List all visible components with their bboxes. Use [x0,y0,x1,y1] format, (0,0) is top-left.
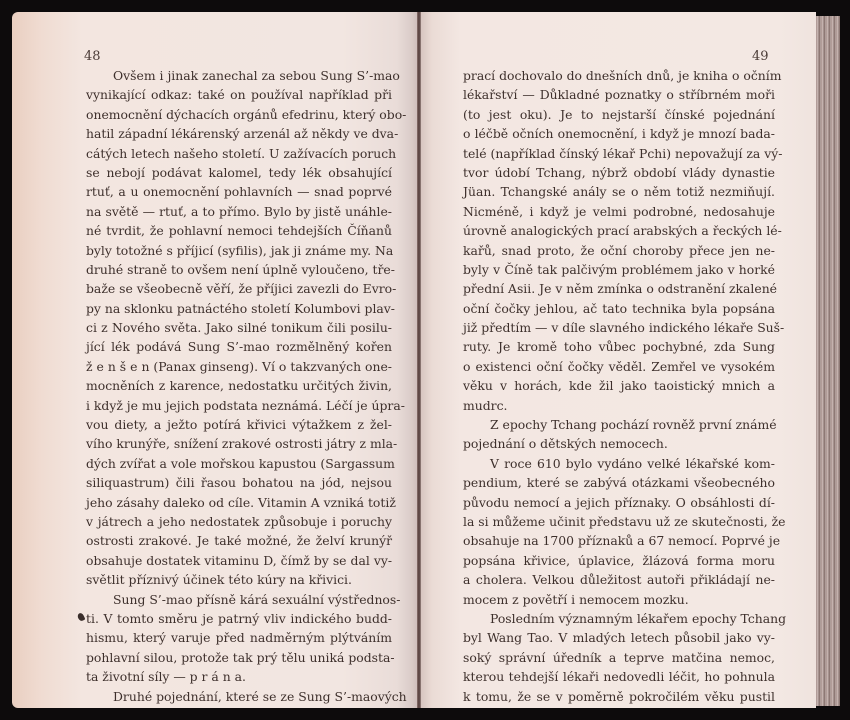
text-line: hatil západní lékárenský arzenál až někd… [86,124,392,143]
left-page-body-text: Ovšem i jinak zanechal za sebou Sung S’-… [86,66,392,706]
text-line: (to jest oku). Je to nejstarší čínské po… [463,105,775,124]
text-line: Posledním významným lékařem epochy Tchan… [463,609,775,628]
text-line: mocněních z karence, nedostatku určitých… [86,376,392,395]
text-line: soký správní úředník a teprve matčina ne… [463,648,775,667]
text-line: i když je mu jejich podstata neznámá. Lé… [86,396,392,415]
text-line: byl Wang Tao. V mladých letech působil j… [463,628,775,647]
text-line: jící lék podává Sung S’-mao rozmělněný k… [86,337,392,356]
text-line: ci z Nového světa. Jako silné tonikum či… [86,318,392,337]
text-line: rtuť, a u onemocnění pohlavních — snad p… [86,182,392,201]
text-line: py na sklonku patnáctého století Kolumbo… [86,299,392,318]
text-line: ostrosti zrakové. Je také možné, že želv… [86,531,392,550]
text-line: oční čočky jehlou, ač tato technika byla… [463,299,775,318]
text-line: dých zvířat a vole mořskou kapustou (Sar… [86,454,392,473]
text-line: pojednání o dětských nemocech. [463,434,775,453]
text-line: prací dochovalo do dnešních dnů, je knih… [463,66,775,85]
text-line: ta životní síly — p r á n a. [86,667,392,686]
text-line: baže se všeobecně věří, že příjici zavez… [86,279,392,298]
text-line: Jüan. Tchangské anály se o něm totiž nez… [463,182,775,201]
text-line: úrovně analogických prací arabských a ře… [463,221,775,240]
text-line: né tvrdit, že pohlavní nemoci tehdejších… [86,221,392,240]
page-edges [816,16,840,706]
text-line: již předtím — v díle slavného indického … [463,318,775,337]
text-line: se nebojí podávat kalomel, tedy lék obsa… [86,163,392,182]
text-line: Ovšem i jinak zanechal za sebou Sung S’-… [86,66,392,85]
text-line: kterou tehdejší lékaři nedovedli léčit, … [463,667,775,686]
text-line: mocem z povětří i nemocem mozku. [463,590,775,609]
page-number-right: 49 [752,49,769,64]
text-line: siliquastrum) čili řasou bohatou na jód,… [86,473,392,492]
text-line: v játrech a jeho nedostatek způsobuje i … [86,512,392,531]
text-line: hismu, který varuje před nadměrným plýtv… [86,628,392,647]
text-line: Sung S’-mao přísně kárá sexuální výstřed… [86,590,392,609]
text-line: obsahuje na 1700 příznaků a 67 nemocí. P… [463,531,775,550]
text-line: vynikající odkaz: také on používal napří… [86,85,392,104]
text-line: telé (například čínský lékař Pchi) nepov… [463,144,775,163]
text-line: o léčbě očních onemocnění, i když je mno… [463,124,775,143]
text-line: ruty. Je kromě toho vůbec pochybné, zda … [463,337,775,356]
text-line: onemocnění dýchacích orgánů efedrinu, kt… [86,105,392,124]
text-line: věku v horách, kde žil jako taoistický m… [463,376,775,395]
text-line: na světě — rtuť, a to přímo. Bylo by jis… [86,202,392,221]
right-page-body-text: prací dochovalo do dnešních dnů, je knih… [463,66,775,706]
text-line: Nicméně, i když je velmi podrobné, nedos… [463,202,775,221]
text-line: byly v Číně tak palčivým problémem jako … [463,260,775,279]
text-line: vího krunýře, snížení zrakové ostrosti j… [86,434,392,453]
text-line: byly totožné s příjicí (syfilis), jak ji… [86,241,392,260]
text-line: k tomu, že se v poměrně pokročilém věku … [463,687,775,706]
text-line: původu nemocí a jejich příznaky. O obsáh… [463,493,775,512]
text-line: kařů, snad proto, že oční choroby přece … [463,241,775,260]
text-line: o existenci oční čočky věděl. Zemřel ve … [463,357,775,376]
text-line: la si můžeme učinit představu už ze skut… [463,512,775,531]
text-line: jeho zásahy daleko od cíle. Vitamin A vz… [86,493,392,512]
text-line: pendium, které se zabývá otázkami všeobe… [463,473,775,492]
book-gutter [417,12,421,708]
text-line: a cholera. Velkou důležitost autoři přik… [463,570,775,589]
open-book: 48 49 Ovšem i jinak zanechal za sebou Su… [0,0,850,720]
text-line: pohlavní silou, protože tak prý tělu uni… [86,648,392,667]
page-number-left: 48 [84,49,101,64]
text-line: Druhé pojednání, které se ze Sung S’-mao… [86,687,392,706]
text-line: cátých letech našeho století. U zažívací… [86,144,392,163]
text-line: tvor údobí Tchang, nýbrž období vlády dy… [463,163,775,182]
text-line: obsahuje dostatek vitaminu D, čímž by se… [86,551,392,570]
text-line: ž e n š e n (Panax ginseng). Ví o takzva… [86,357,392,376]
text-line: lékařství — Důkladné poznatky o stříbrné… [463,85,775,104]
text-line: V roce 610 bylo vydáno velké lékařské ko… [463,454,775,473]
text-line: vou diety, a ježto potírá křivici výtažk… [86,415,392,434]
text-line: popsána křivice, úplavice, žlázová forma… [463,551,775,570]
text-line: Z epochy Tchang pochází rovněž první zná… [463,415,775,434]
text-line: světlit příznivý účinek této kúry na kři… [86,570,392,589]
text-line: přední Asii. Je v něm zmínka o odstraněn… [463,279,775,298]
text-line: druhé straně to ovšem není úplně vylouče… [86,260,392,279]
text-line: mudrc. [463,396,775,415]
text-line: ti. V tomto směru je patrný vliv indické… [86,609,392,628]
